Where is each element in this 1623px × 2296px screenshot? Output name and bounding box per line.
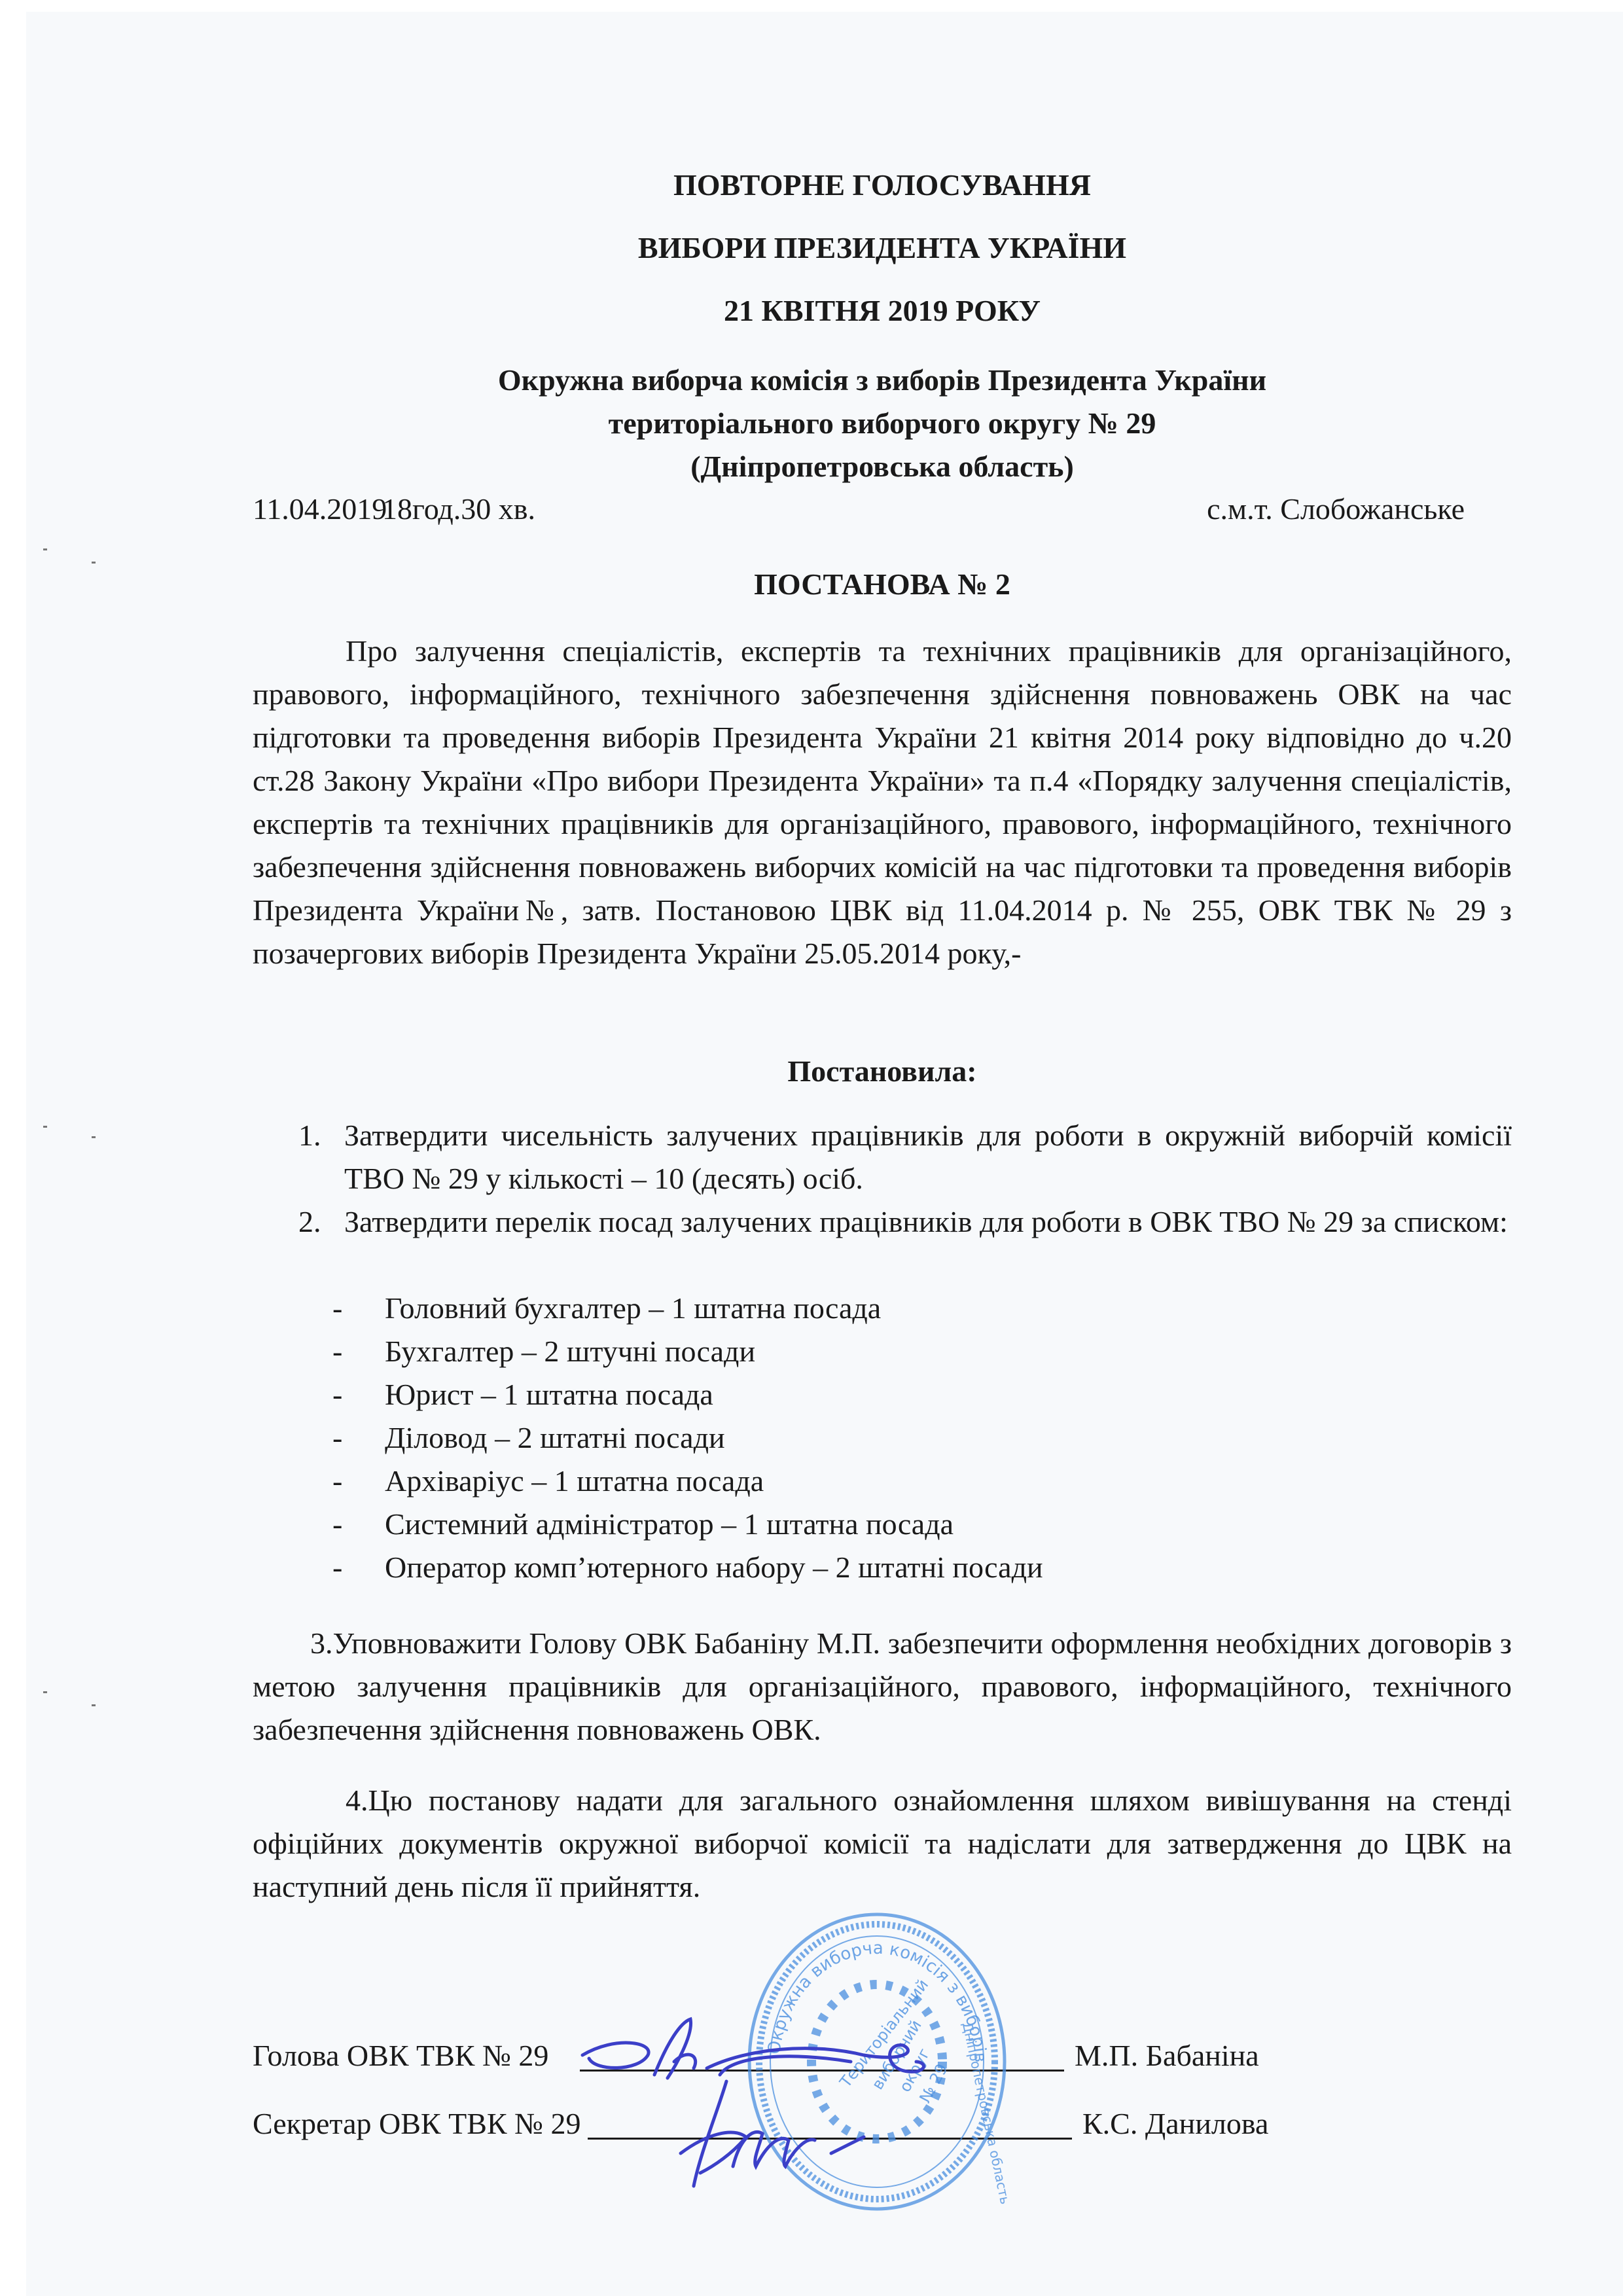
signatory-role: Голова ОВК ТВК № 29 [253,2034,548,2077]
commission-region: (Дніпропетровська область) [253,445,1512,488]
position-text: Архіваріус – 1 штатна посада [385,1460,764,1503]
item-number: 1. [298,1114,321,1157]
position-text: Юрист – 1 штатна посада [385,1373,713,1416]
decided-heading: Постановила: [253,1050,1512,1093]
doc-header-date: 21 КВІТНЯ 2019 РОКУ [253,289,1512,332]
decision-item-4: 4.Цю постанову надати для загального озн… [253,1779,1512,1909]
decision-item-3: 3.Уповноважити Голову ОВК Бабаніну М.П. … [253,1622,1512,1751]
item-number: 2. [298,1200,321,1244]
doc-header-repeat-vote: ПОВТОРНЕ ГОЛОСУВАННЯ [253,164,1512,207]
meta-time: 18год.30 хв. [382,488,535,531]
scan-speck [92,1136,96,1138]
decision-item-2: 2. Затвердити перелік посад залучених пр… [298,1200,1512,1244]
position-text: Головний бухгалтер – 1 штатна посада [385,1287,881,1330]
meta-date: 11.04.2019 [253,488,387,531]
dash-bullet: - [332,1460,342,1503]
scan-speck [43,548,47,550]
doc-header-elections: ВИБОРИ ПРЕЗИДЕНТА УКРАЇНИ [253,226,1512,270]
signatory-name: М.П. Бабаніна [1075,2034,1259,2077]
decision-item-1: 1. Затвердити чисельність залучених прац… [298,1114,1512,1200]
scan-speck [92,1704,96,1706]
item-text: Затвердити чисельність залучених працівн… [344,1114,1512,1200]
secretary-signature-icon [654,2075,890,2193]
dash-bullet: - [332,1373,342,1416]
dash-bullet: - [332,1503,342,1546]
preamble-paragraph: Про залучення спеціалістів, експертів та… [253,630,1512,975]
commission-name-line2: територіального виборчого округу № 29 [253,402,1512,445]
meta-place: с.м.т. Слобожанське [1207,488,1465,531]
position-text: Системний адміністратор – 1 штатна посад… [385,1503,954,1546]
dash-bullet: - [332,1546,342,1589]
dash-bullet: - [332,1416,342,1460]
commission-name-line1: Окружна виборча комісія з виборів Презид… [253,359,1512,402]
scan-speck [43,1691,47,1693]
scan-speck [92,562,96,564]
signatory-name: К.С. Данилова [1082,2102,1268,2145]
resolution-title: ПОСТАНОВА № 2 [253,563,1512,606]
dash-bullet: - [332,1330,342,1373]
signatory-role: Секретар ОВК ТВК № 29 [253,2102,580,2145]
item-text: Затвердити перелік посад залучених праці… [344,1200,1512,1244]
position-text: Оператор комп’ютерного набору – 2 штатні… [385,1546,1043,1589]
dash-bullet: - [332,1287,342,1330]
scan-speck [43,1126,47,1128]
position-text: Бухгалтер – 2 штучні посади [385,1330,755,1373]
position-text: Діловод – 2 штатні посади [385,1416,725,1460]
